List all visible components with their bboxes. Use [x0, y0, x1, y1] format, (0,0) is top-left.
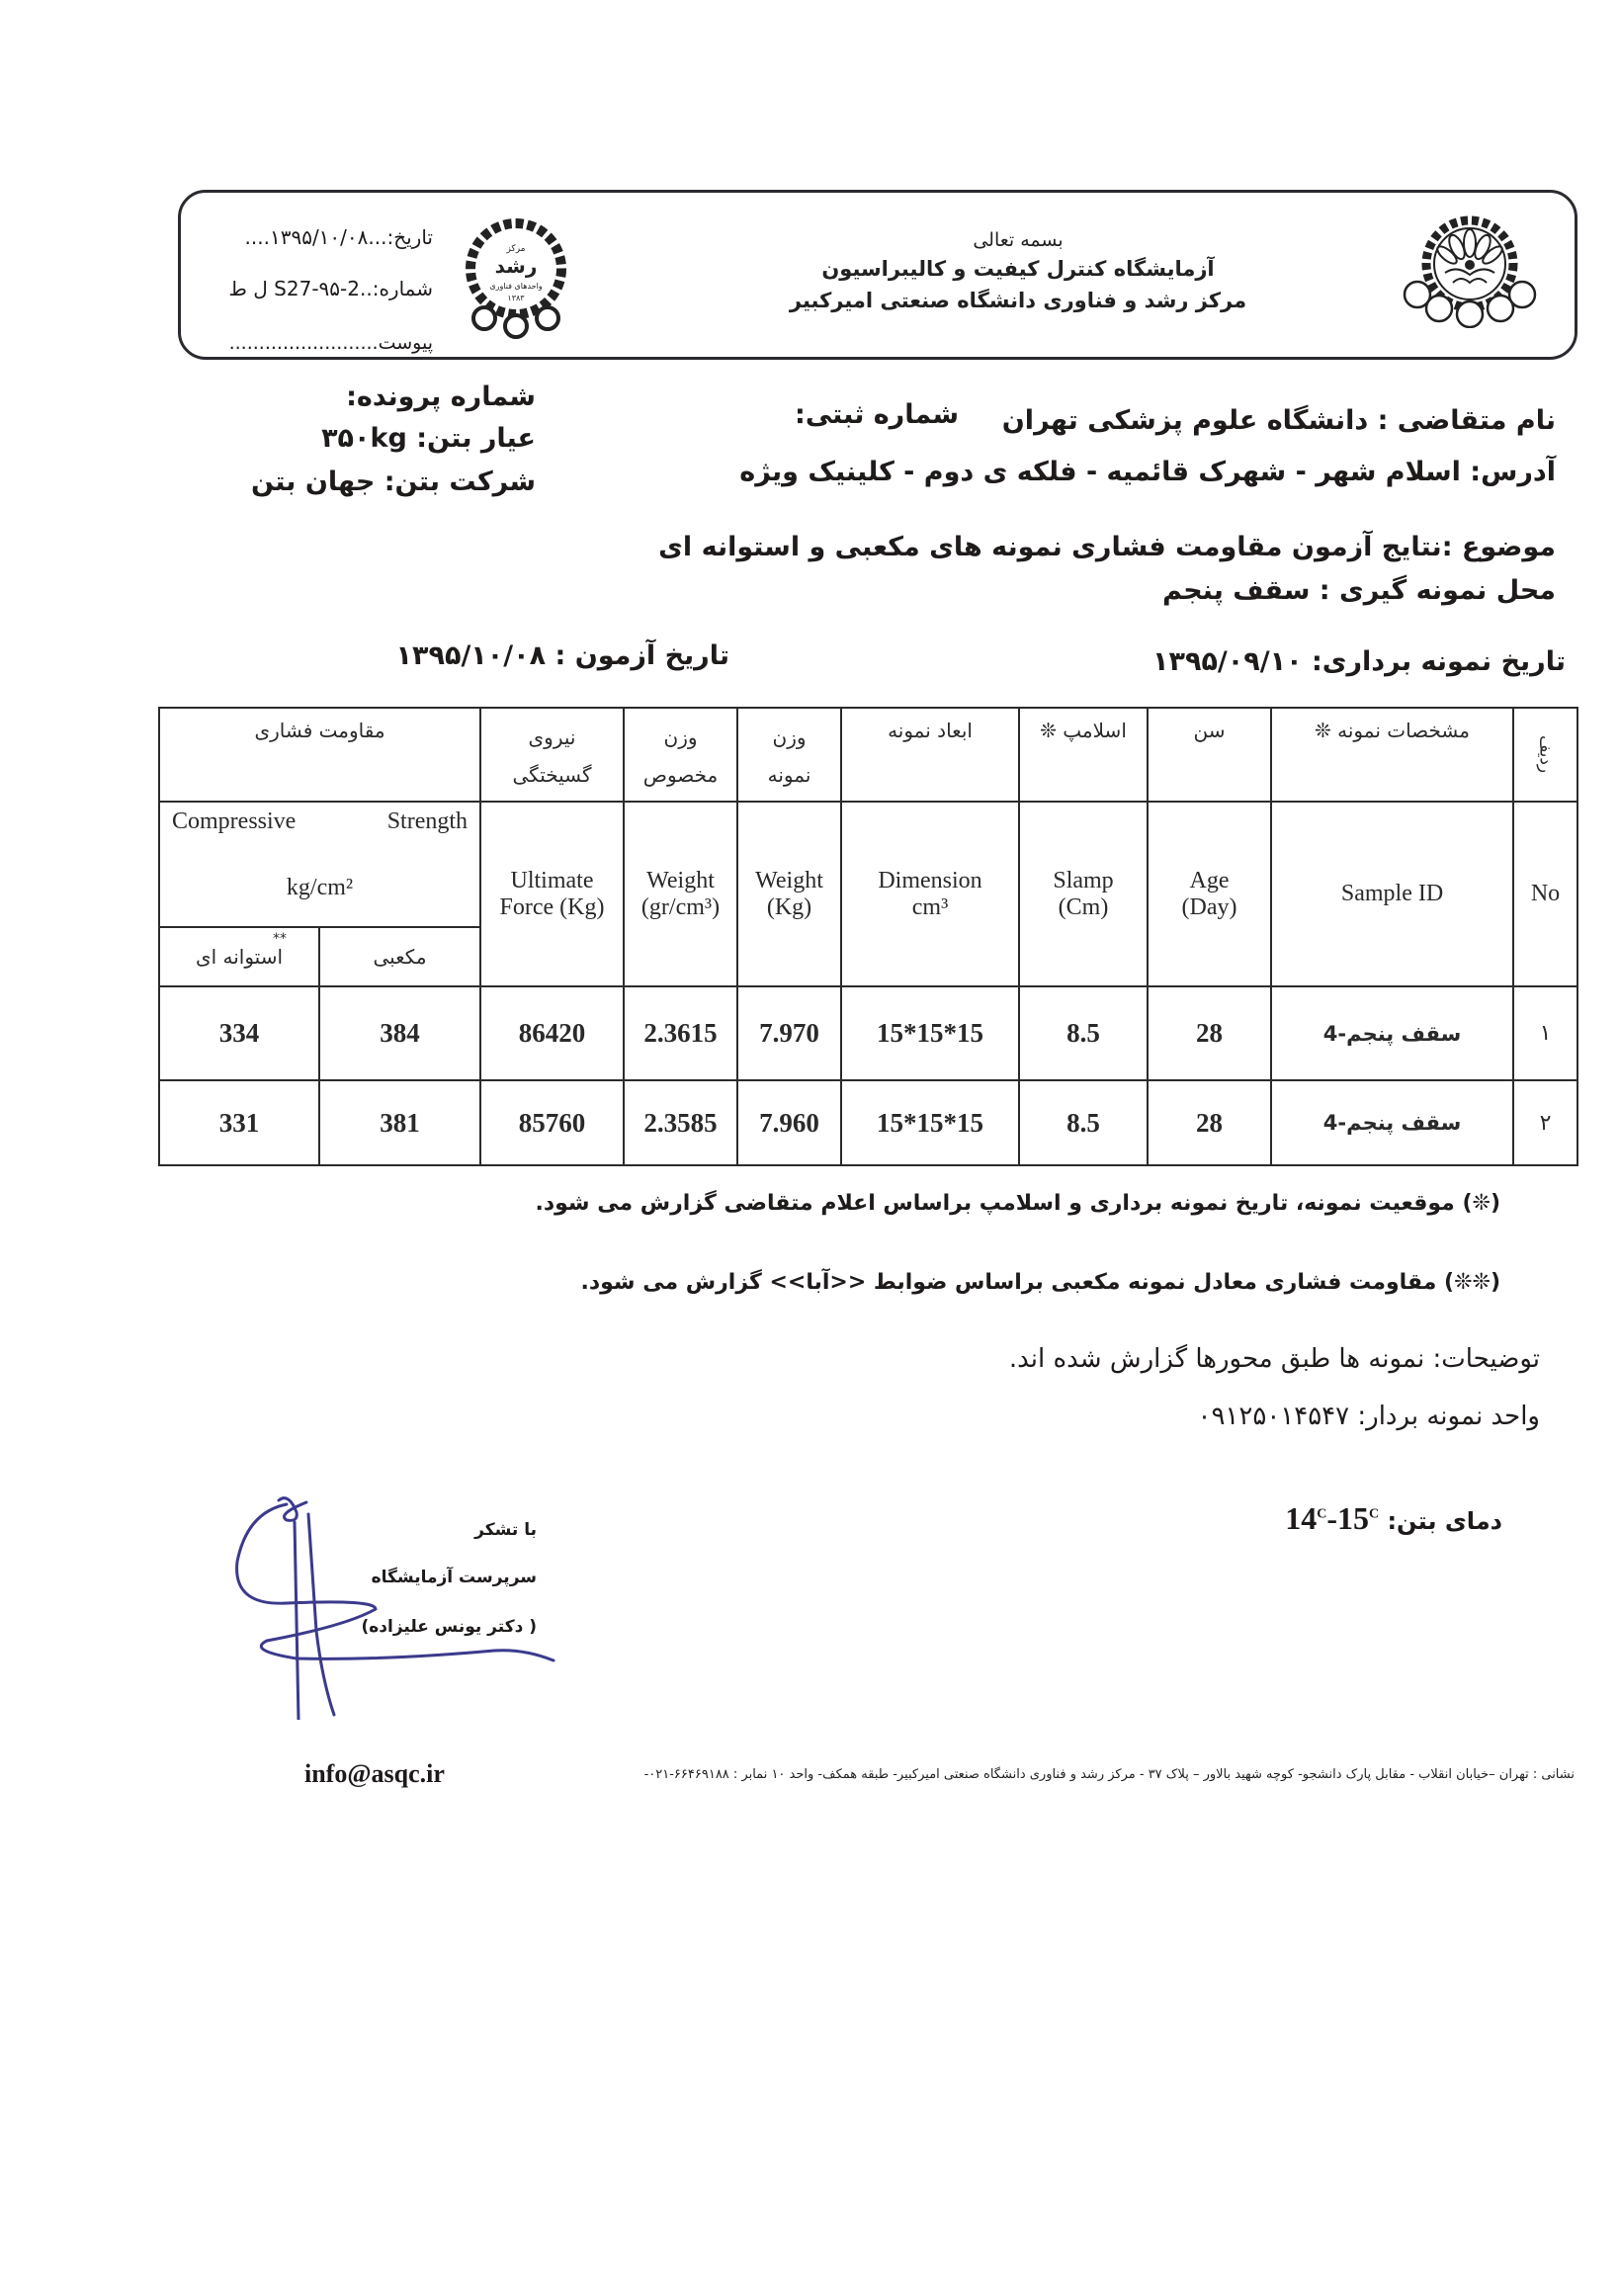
report-subject: موضوع :نتایج آزمون مقاومت فشاری نمونه ها… — [658, 532, 1556, 562]
svg-text:رشد: رشد — [495, 254, 538, 278]
footer-address: نشانی : تهران –خیابان انقلاب - مقابل پار… — [644, 1767, 1575, 1782]
header-cubic: مکعبی — [319, 927, 480, 986]
header-dimension-fa: ابعاد نمونه — [841, 708, 1019, 802]
header-compressive-fa: مقاومت فشاری — [159, 708, 480, 802]
header-dimension-en-line2: cm³ — [842, 894, 1018, 921]
results-table: مقاومت فشاری نیروی گسیختگی وزن مخصوص وزن… — [158, 707, 1578, 1166]
header-slump-en: Slamp (Cm) — [1019, 802, 1148, 986]
cell-ultimate-force: 86420 — [480, 986, 624, 1080]
header-row-no-fa-text: ردیف — [1536, 735, 1556, 773]
gear-emblem-icon: مرکز رشد واحدهای فناوری ۱۳۸۳ — [457, 212, 575, 340]
cell-ultimate-force: 85760 — [480, 1080, 624, 1165]
header-cylindrical: استوانه ای ** — [159, 927, 319, 986]
header-slump-en-line1: Slamp — [1020, 868, 1147, 894]
header-compressive-en: Compressive Strength kg/cm² — [159, 802, 480, 927]
cell-sample-id: سقف پنجم-4 — [1271, 1080, 1513, 1165]
sampling-location: محل نمونه گیری : سقف پنجم — [1162, 575, 1556, 606]
header-dimension-en-line1: Dimension — [842, 868, 1018, 894]
cell-dimension: 15*15*15 — [841, 986, 1019, 1080]
letter-number: شماره:..2-S27-۹۵ ل ط — [228, 277, 433, 300]
header-specific-weight-fa: وزن مخصوص — [624, 708, 737, 802]
concrete-temperature: دمای بتن: 14C-15C — [1285, 1500, 1502, 1537]
header-cylindrical-text: استوانه ای — [196, 945, 283, 969]
cell-slump: 8.5 — [1019, 986, 1148, 1080]
table-row: 334 384 86420 2.3615 7.970 15*15*15 8.5 … — [159, 986, 1577, 1080]
registration-number: شماره ثبتی: — [795, 399, 959, 430]
temp-max-unit: C — [1369, 1506, 1379, 1521]
cell-slump: 8.5 — [1019, 1080, 1148, 1165]
temp-min: 14 — [1285, 1500, 1317, 1536]
svg-text:واحدهای فناوری: واحدهای فناوری — [489, 282, 542, 291]
header-age-en-line1: Age — [1149, 868, 1270, 894]
sampling-unit: واحد نمونه بردار: ۰۹۱۲۵۰۱۴۵۴۷ — [1198, 1402, 1541, 1431]
cell-age: 28 — [1148, 1080, 1271, 1165]
applicant-name: نام متقاضی : دانشگاه علوم پزشکی تهران — [1002, 405, 1556, 436]
cell-cylindrical: 331 — [159, 1080, 319, 1165]
concrete-temperature-label: دمای بتن: — [1387, 1507, 1502, 1535]
header-age-fa: سن — [1148, 708, 1271, 802]
header-age-en-line2: (Day) — [1149, 894, 1270, 921]
header-sample-weight-fa: وزن نمونه — [737, 708, 841, 802]
header-specific-weight-en-line2: (gr/cm³) — [625, 894, 736, 921]
invocation-text: بسمه تعالی — [771, 229, 1265, 251]
header-sample-id-en: Sample ID — [1271, 802, 1513, 986]
letter-attachment: پیوست......................... — [229, 332, 433, 354]
test-date: تاریخ آزمون : ۱۳۹۵/۱۰/۰۸ — [396, 640, 729, 671]
temp-max: -15 — [1326, 1500, 1369, 1536]
lab-name: آزمایشگاه کنترل کیفیت و کالیبراسیون — [771, 257, 1265, 281]
footnote-double-asterisk: (❊❊) مقاومت فشاری معادل نمونه مکعبی براس… — [580, 1270, 1500, 1295]
header-sample-weight-en-line2: (Kg) — [738, 894, 840, 921]
concrete-temperature-value: 14C-15C — [1285, 1500, 1379, 1536]
header-sample-spec-fa: مشخصات نمونه ❊ — [1271, 708, 1513, 802]
header-force-fa-line2: گسیختگی — [481, 756, 623, 794]
file-number: شماره پرونده: — [346, 382, 536, 412]
header-specific-weight-en-line1: Weight — [625, 868, 736, 894]
double-asterisk-mark: ** — [273, 931, 287, 947]
svg-text:۱۳۸۳: ۱۳۸۳ — [507, 294, 525, 302]
header-sample-weight-fa-line2: نمونه — [738, 756, 840, 794]
header-force-en-line2: Force (Kg) — [481, 894, 623, 921]
footnote-single-asterisk: (❊) موقعیت نمونه، تاریخ نمونه برداری و ا… — [535, 1191, 1500, 1216]
cell-age: 28 — [1148, 986, 1271, 1080]
cell-cubic: 381 — [319, 1080, 480, 1165]
header-sample-weight-fa-line1: وزن — [738, 719, 840, 756]
cell-weight-kg: 7.960 — [737, 1080, 841, 1165]
header-age-en: Age (Day) — [1148, 802, 1271, 986]
cell-specific-weight: 2.3585 — [624, 1080, 737, 1165]
header-row-no-fa: ردیف — [1513, 708, 1577, 802]
footer-email[interactable]: info@asqc.ir — [304, 1759, 445, 1789]
amirkabir-university-logo — [1396, 210, 1544, 328]
header-force-en: Ultimate Force (Kg) — [480, 802, 624, 986]
cell-sample-id: سقف پنجم-4 — [1271, 986, 1513, 1080]
sampling-date: تاریخ نمونه برداری: ۱۳۹۵/۰۹/۱۰ — [1152, 646, 1566, 677]
center-name: مرکز رشد و فناوری دانشگاه صنعتی امیرکبیر — [771, 289, 1265, 312]
description: توضیحات: نمونه ها طبق محورها گزارش شده ا… — [1009, 1344, 1540, 1374]
cell-row-no: ۱ — [1513, 986, 1577, 1080]
header-slump-fa: اسلامپ ❊ — [1019, 708, 1148, 802]
roshd-gear-logo: مرکز رشد واحدهای فناوری ۱۳۸۳ — [457, 212, 575, 340]
concrete-company: شرکت بتن: جهان بتن — [251, 467, 536, 497]
cell-row-no: ۲ — [1513, 1080, 1577, 1165]
header-force-fa: نیروی گسیختگی — [480, 708, 624, 802]
cell-specific-weight: 2.3615 — [624, 986, 737, 1080]
header-specific-weight-fa-line2: مخصوص — [625, 756, 736, 794]
letter-date: تاریخ:...۱۳۹۵/۱۰/۰۸.... — [245, 225, 433, 249]
header-sample-weight-en-line1: Weight — [738, 868, 840, 894]
university-emblem-icon — [1396, 210, 1544, 328]
cell-weight-kg: 7.970 — [737, 986, 841, 1080]
cell-dimension: 15*15*15 — [841, 1080, 1019, 1165]
header-specific-weight-fa-line1: وزن — [625, 719, 736, 756]
temp-min-unit: C — [1317, 1506, 1326, 1521]
header-force-fa-line1: نیروی — [481, 719, 623, 756]
header-compressive-unit: kg/cm² — [160, 875, 479, 901]
cell-cylindrical: 334 — [159, 986, 319, 1080]
header-row-fa: مقاومت فشاری نیروی گسیختگی وزن مخصوص وزن… — [159, 708, 1577, 802]
header-compressive-en-word2: Strength — [387, 808, 468, 835]
cell-cubic: 384 — [319, 986, 480, 1080]
concrete-grade: عیار بتن: ۳۵۰kg — [321, 423, 536, 454]
svg-text:مرکز: مرکز — [505, 244, 525, 254]
header-force-en-line1: Ultimate — [481, 868, 623, 894]
header-row-no-en: No — [1513, 802, 1577, 986]
handwritten-signature-icon — [227, 1492, 741, 1720]
header-slump-en-line2: (Cm) — [1020, 894, 1147, 921]
header-compressive-en-word1: Compressive — [172, 808, 296, 835]
header-specific-weight-en: Weight (gr/cm³) — [624, 802, 737, 986]
header-sample-weight-en: Weight (Kg) — [737, 802, 841, 986]
header-row-en: Compressive Strength kg/cm² Ultimate For… — [159, 802, 1577, 927]
table-row: 331 381 85760 2.3585 7.960 15*15*15 8.5 … — [159, 1080, 1577, 1165]
header-dimension-en: Dimension cm³ — [841, 802, 1019, 986]
address: آدرس: اسلام شهر - شهرک قائمیه - فلکه ی د… — [739, 457, 1556, 487]
